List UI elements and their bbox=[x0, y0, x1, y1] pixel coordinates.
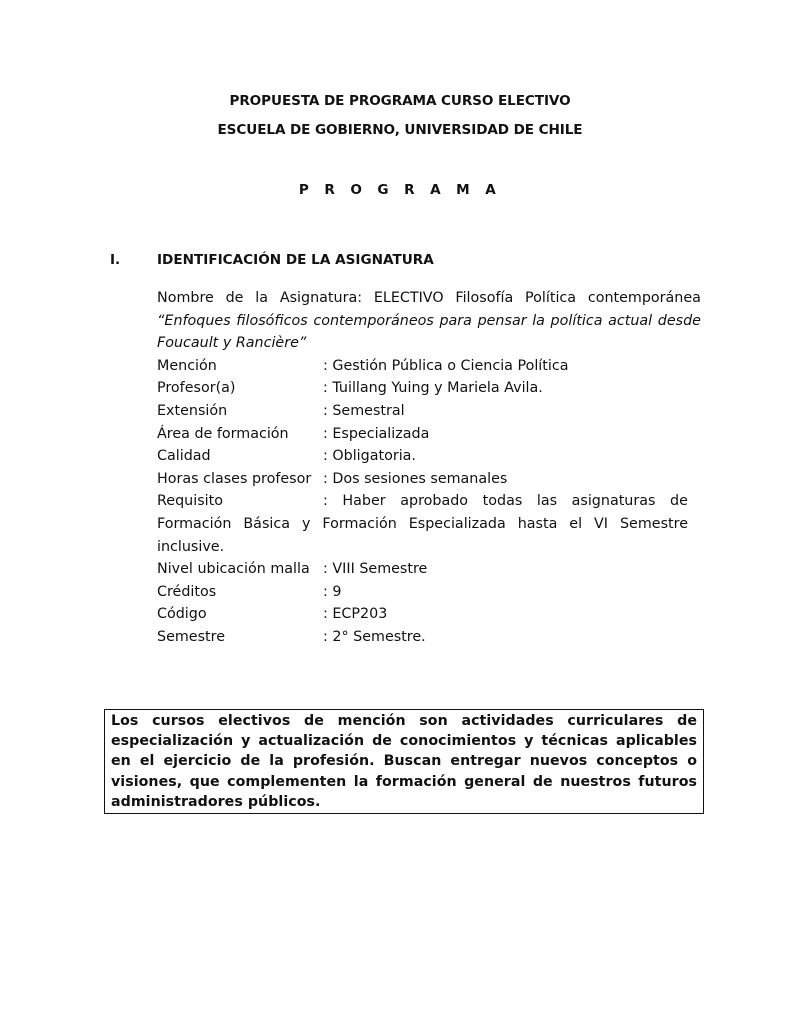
field-value: : ECP203 bbox=[323, 603, 387, 626]
course-subtitle-line-2: Foucault y Rancière” bbox=[157, 332, 701, 355]
field-value: : Dos sesiones semanales bbox=[323, 468, 507, 491]
field-row-profesor-a: Profesor(a): Tuillang Yuing y Mariela Av… bbox=[157, 377, 701, 400]
course-name-line: NombredelaAsignatura:ELECTIVOFilosofíaPo… bbox=[157, 287, 701, 310]
field-list: Mención: Gestión Pública o Ciencia Polít… bbox=[157, 355, 701, 491]
field-label: Profesor(a) bbox=[157, 377, 236, 400]
field-label: Calidad bbox=[157, 445, 211, 468]
field-label: Mención bbox=[157, 355, 217, 378]
notice-box: Los cursos electivos de mención son acti… bbox=[104, 709, 704, 814]
field-row-codigo: Código: ECP203 bbox=[157, 603, 701, 626]
field-value: : 2° Semestre. bbox=[323, 626, 426, 649]
section-title: IDENTIFICACIÓN DE LA ASIGNATURA bbox=[157, 252, 434, 268]
course-identification: NombredelaAsignatura:ELECTIVOFilosofíaPo… bbox=[157, 287, 701, 649]
document-title-line-1: PROPUESTA DE PROGRAMA CURSO ELECTIVO bbox=[0, 93, 800, 109]
field-row-nivel-ubicacion-malla: Nivel ubicación malla: VIII Semestre bbox=[157, 558, 701, 581]
field-value: : Semestral bbox=[323, 400, 405, 423]
field-label: Créditos bbox=[157, 581, 216, 604]
field-label: Código bbox=[157, 603, 207, 626]
field-row-requisito: Requisito :Haberaprobadotodaslasasignatu… bbox=[157, 490, 701, 513]
field-value: : Tuillang Yuing y Mariela Avila. bbox=[323, 377, 543, 400]
programa-heading: P R O G R A M A bbox=[0, 182, 800, 198]
field-row-calidad: Calidad: Obligatoria. bbox=[157, 445, 701, 468]
field-label: Área de formación bbox=[157, 423, 289, 446]
field-label: Semestre bbox=[157, 626, 225, 649]
requisito-end: inclusive. bbox=[157, 536, 701, 559]
field-label: Extensión bbox=[157, 400, 227, 423]
field-row-extension: Extensión: Semestral bbox=[157, 400, 701, 423]
field-label: Horas clases profesor bbox=[157, 468, 311, 491]
field-value: : 9 bbox=[323, 581, 341, 604]
field-value: : VIII Semestre bbox=[323, 558, 427, 581]
field-row-creditos: Créditos: 9 bbox=[157, 581, 701, 604]
document-page: PROPUESTA DE PROGRAMA CURSO ELECTIVO ESC… bbox=[0, 0, 800, 1035]
section-number: I. bbox=[110, 252, 120, 268]
field-list-2: Nivel ubicación malla: VIII SemestreCréd… bbox=[157, 558, 701, 648]
course-subtitle-line-1: “Enfoquesfilosóficoscontemporáneosparape… bbox=[157, 310, 701, 333]
field-row-horas-clases-profesor: Horas clases profesor: Dos sesiones sema… bbox=[157, 468, 701, 491]
requisito-continuation: FormaciónBásicayFormaciónEspecializadaha… bbox=[157, 513, 688, 536]
field-label: Requisito bbox=[157, 490, 223, 513]
field-value: : Obligatoria. bbox=[323, 445, 416, 468]
notice-text: Los cursos electivos de mención son acti… bbox=[111, 713, 697, 810]
field-row-area-de-formacion: Área de formación: Especializada bbox=[157, 423, 701, 446]
field-value: : Gestión Pública o Ciencia Política bbox=[323, 355, 568, 378]
field-row-semestre: Semestre: 2° Semestre. bbox=[157, 626, 701, 649]
field-row-mencion: Mención: Gestión Pública o Ciencia Polít… bbox=[157, 355, 701, 378]
field-label: Nivel ubicación malla bbox=[157, 558, 310, 581]
field-value: : Especializada bbox=[323, 423, 429, 446]
document-title-line-2: ESCUELA DE GOBIERNO, UNIVERSIDAD DE CHIL… bbox=[0, 122, 800, 138]
field-value: :Haberaprobadotodaslasasignaturasde bbox=[323, 490, 688, 513]
